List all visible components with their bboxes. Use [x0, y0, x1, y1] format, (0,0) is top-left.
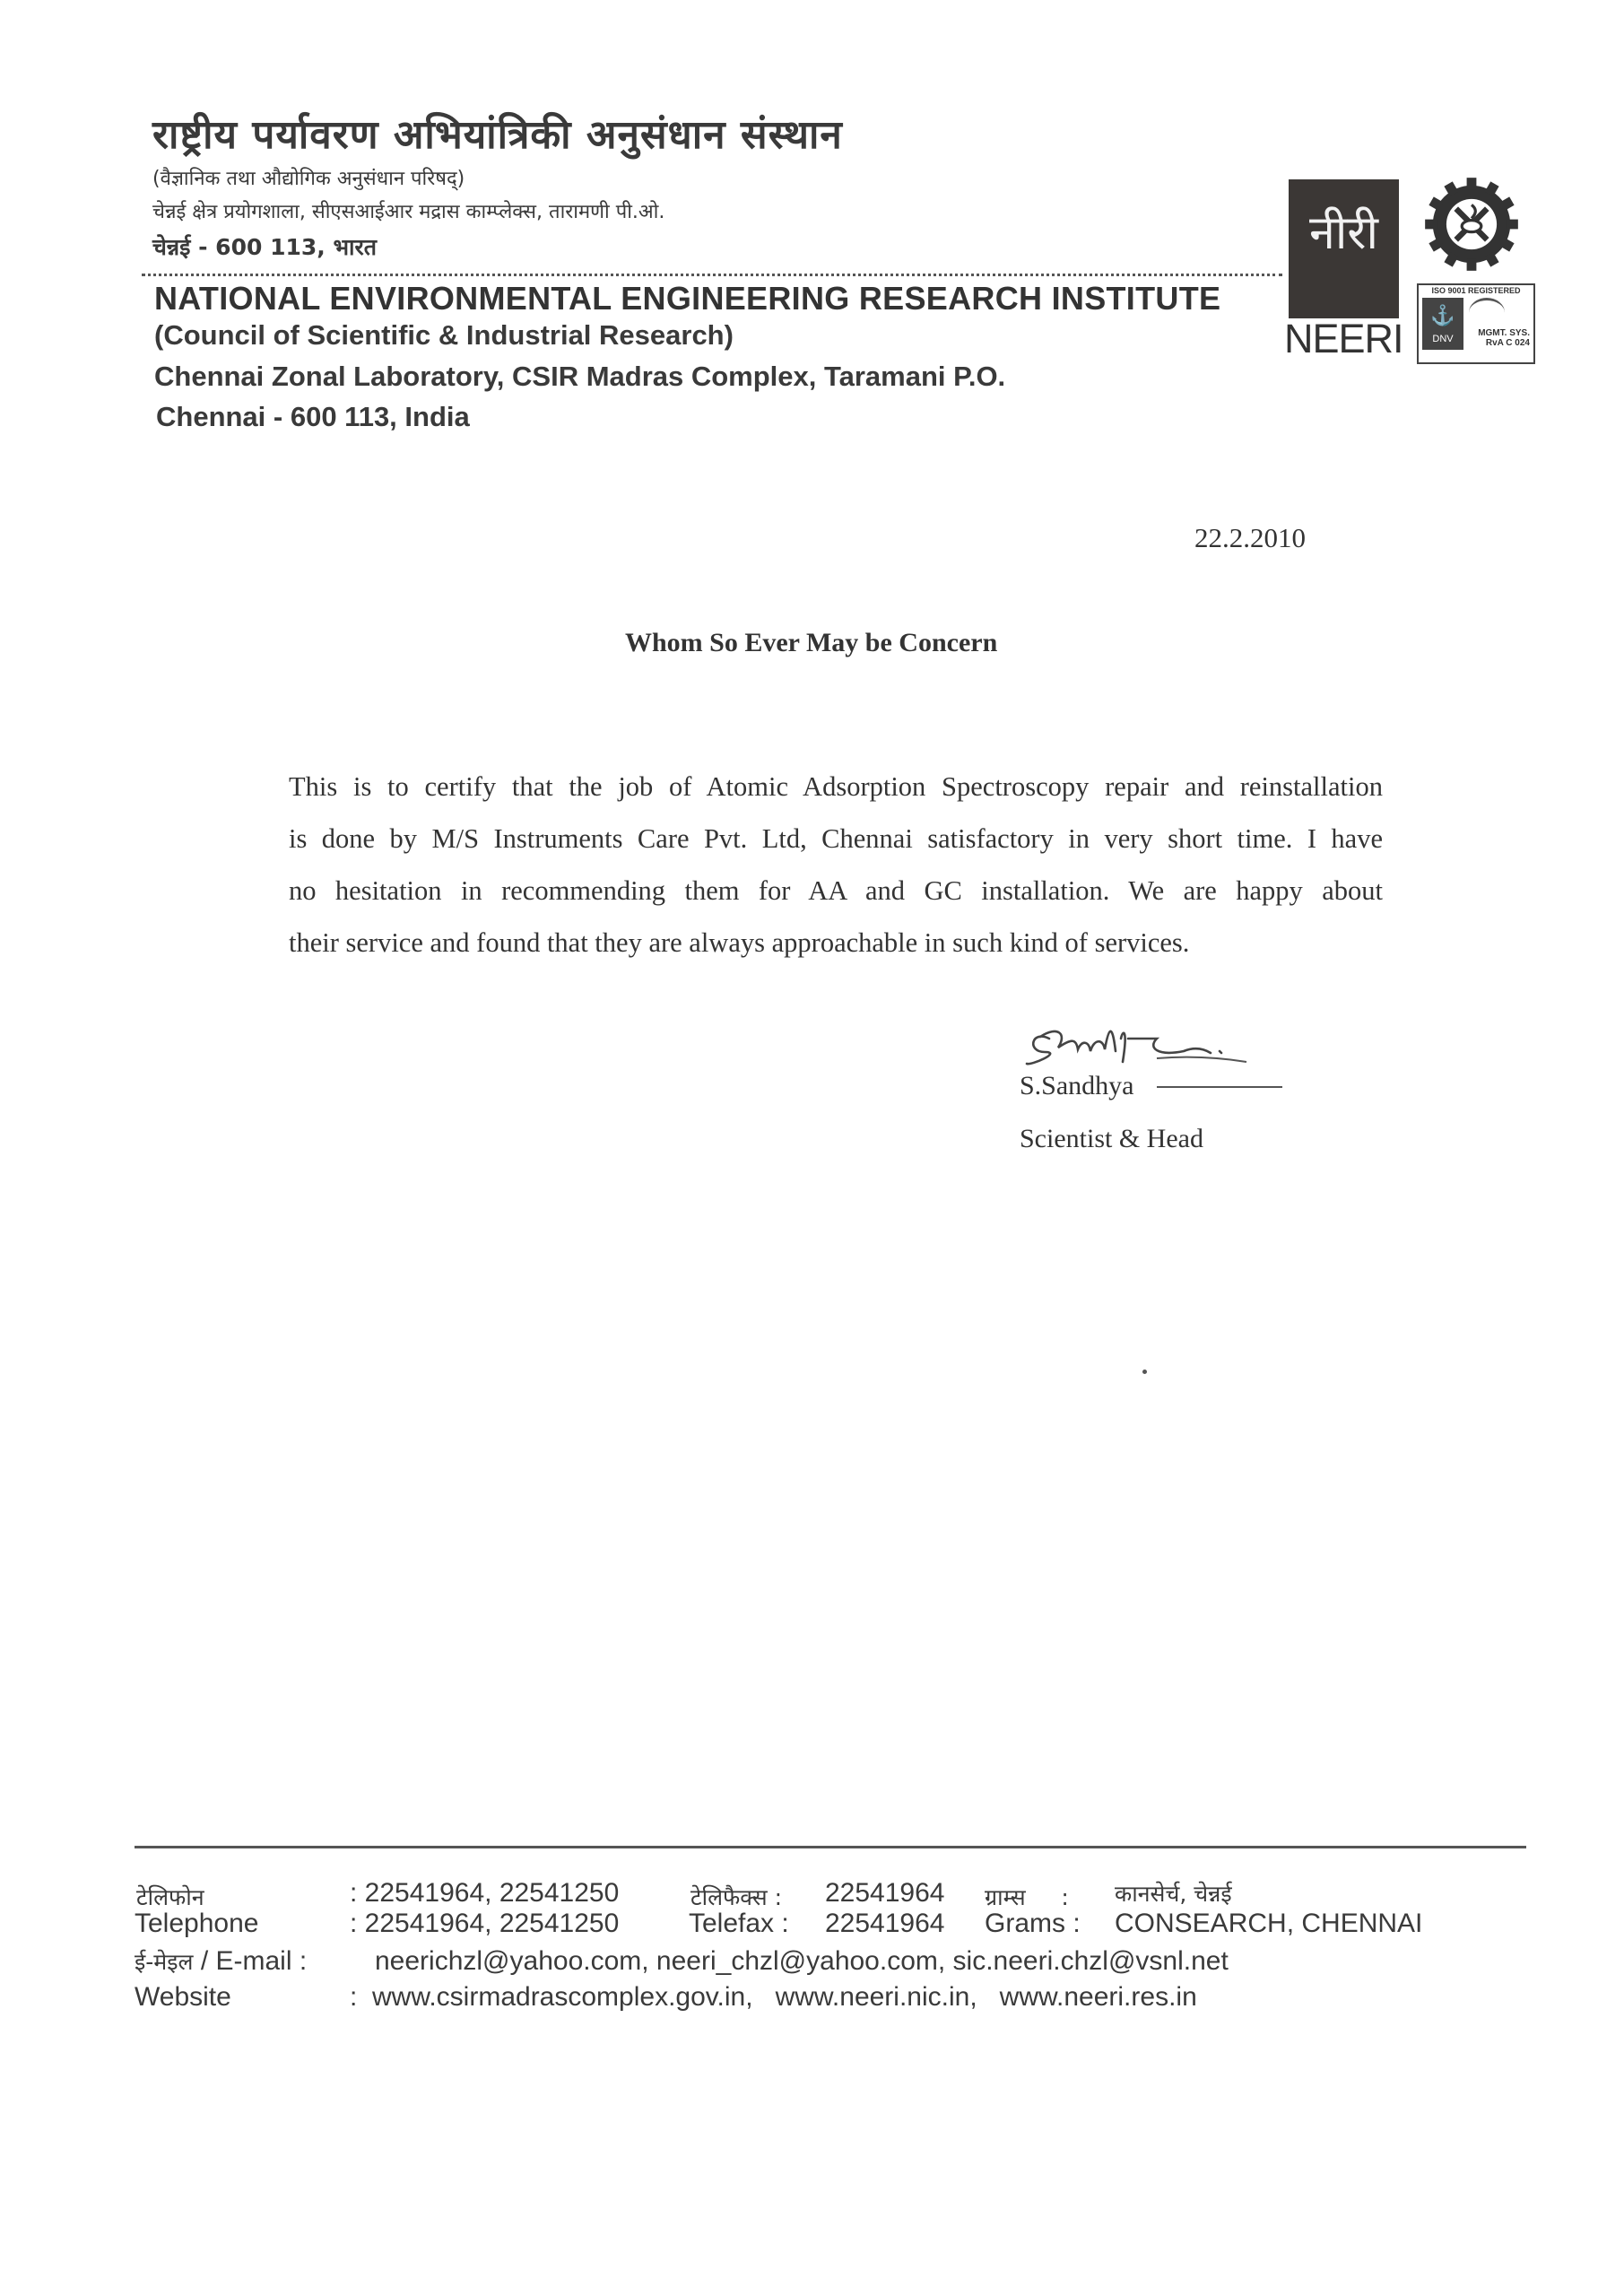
body-line: is done by M/S Instruments Care Pvt. Ltd…	[289, 813, 1383, 865]
address: Chennai Zonal Laboratory, CSIR Madras Co…	[154, 361, 1005, 393]
neeri-logo-hindi-text: नीरी	[1289, 199, 1399, 263]
body-line: This is to certify that the job of Atomi…	[289, 761, 1383, 813]
institute-name-hindi: राष्ट्रीय पर्यावरण अभियांत्रिकी अनुसंधान…	[152, 106, 843, 160]
signer-name: S.Sandhya	[1020, 1071, 1134, 1101]
website-value: : www.csirmadrascomplex.gov.in, www.neer…	[350, 1982, 1197, 2013]
neeri-logo-wordmark: NEERI	[1284, 316, 1403, 362]
city-hindi: चेन्नई - 600 113, भारत	[152, 231, 377, 262]
dnv-anchor-icon: ⚓DNV	[1422, 298, 1463, 350]
signature-line	[1157, 1086, 1282, 1088]
rva-arc-icon	[1469, 298, 1505, 327]
telefax-label-hindi: टेलिफैक्स :	[690, 1882, 782, 1912]
handwritten-signature-icon	[1022, 1012, 1291, 1074]
telefax-value-hindi-row: 22541964	[825, 1878, 944, 1909]
email-value: neerichzl@yahoo.com, neeri_chzl@yahoo.co…	[375, 1946, 1229, 1977]
signer-title: Scientist & Head	[1020, 1124, 1203, 1154]
council-name: (Council of Scientific & Industrial Rese…	[154, 319, 734, 352]
letter-subject: Whom So Ever May be Concern	[625, 628, 997, 658]
address-hindi: चेन्नई क्षेत्र प्रयोगशाला, सीएसआईआर मद्र…	[152, 197, 664, 224]
website-label: Website	[135, 1982, 231, 2013]
email-label-hindi: ई-मेइल	[135, 1949, 193, 1975]
iso-certification-badge: ISO 9001 REGISTERED ⚓DNV MGMT. SYS. RvA …	[1417, 283, 1535, 364]
body-line: their service and found that they are al…	[289, 917, 1383, 969]
grams-label: Grams :	[985, 1909, 1081, 1939]
telephone-label-hindi: टेलिफोन	[136, 1882, 204, 1912]
council-name-hindi: (वैज्ञानिक तथा औद्योगिक अनुसंधान परिषद्)	[152, 164, 465, 191]
institute-name: NATIONAL ENVIRONMENTAL ENGINEERING RESEA…	[154, 280, 1220, 317]
iso-mgmt-text: MGMT. SYS. RvA C 024	[1478, 328, 1530, 348]
letter-date: 22.2.2010	[1194, 522, 1306, 554]
telephone-label: Telephone	[135, 1909, 258, 1939]
email-label-english: / E-mail :	[193, 1946, 307, 1976]
header-divider	[142, 274, 1282, 276]
telefax-label: Telefax :	[689, 1909, 789, 1939]
grams-label-hindi: ग्राम्स :	[985, 1882, 1069, 1912]
scan-speck	[1142, 1370, 1147, 1374]
telephone-value-hindi-row: : 22541964, 22541250	[350, 1878, 619, 1909]
footer-divider	[135, 1846, 1526, 1848]
csir-gear-emblem-icon	[1423, 176, 1520, 273]
body-line: no hesitation in recommending them for A…	[289, 865, 1383, 917]
iso-label: ISO 9001 REGISTERED	[1419, 286, 1533, 295]
grams-value-hindi: कानसेर्च, चेन्नई	[1115, 1878, 1232, 1909]
grams-value: CONSEARCH, CHENNAI	[1115, 1909, 1422, 1939]
letter-body: This is to certify that the job of Atomi…	[289, 761, 1383, 969]
neeri-logo-icon: नीरी	[1289, 179, 1399, 318]
city: Chennai - 600 113, India	[156, 401, 470, 433]
telephone-value: : 22541964, 22541250	[350, 1909, 619, 1939]
email-label: ई-मेइल / E-mail :	[135, 1946, 307, 1977]
telefax-value: 22541964	[825, 1909, 944, 1939]
